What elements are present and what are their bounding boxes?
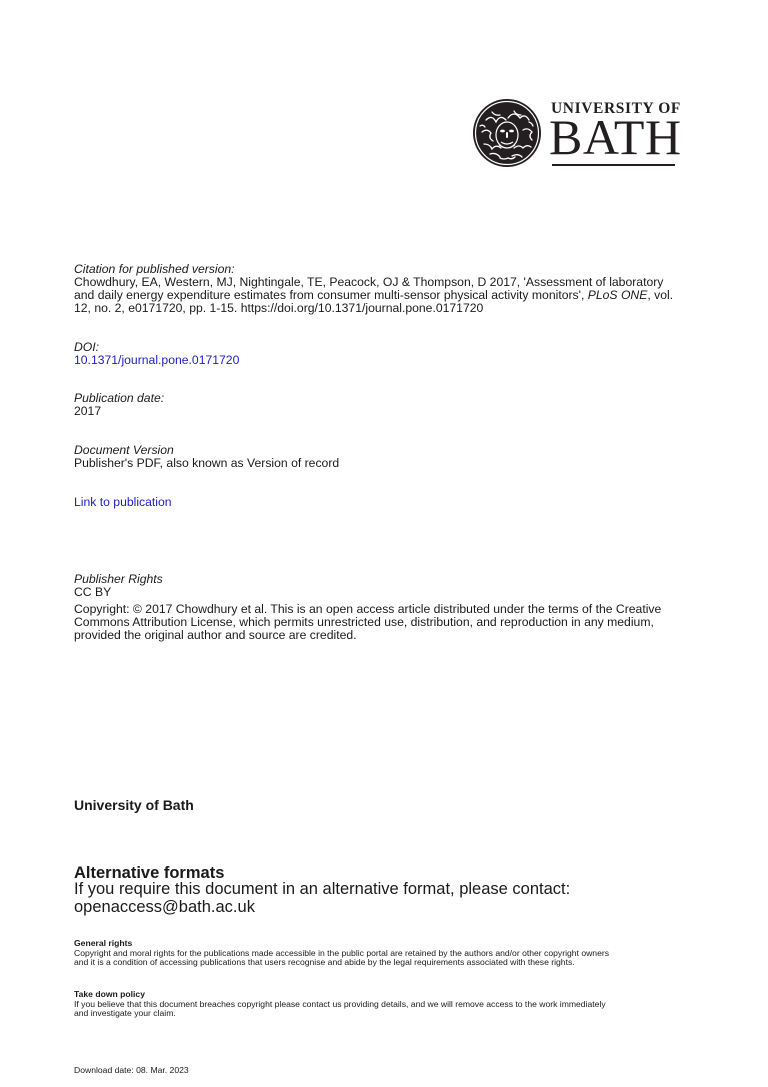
alternative-formats-body: If you require this document in an alter… [74,880,570,916]
citation-line-2-suffix: , vol. [647,288,673,302]
doi-link[interactable]: 10.1371/journal.pone.0171720 [74,354,239,367]
university-logo: UNIVERSITY OF BATH [472,98,677,170]
logo-bath-text: BATH [549,112,682,162]
general-rights-line-2: and it is a condition of accessing publi… [74,958,575,968]
citation-journal: PLoS ONE [588,288,648,302]
document-version-value: Publisher's PDF, also known as Version o… [74,457,339,470]
publisher-rights-value: CC BY [74,586,111,599]
citation-line-2-text: and daily energy expenditure estimates f… [74,288,588,302]
institution-heading: University of Bath [74,797,194,813]
logo-underline [552,164,675,166]
citation-line-3: 12, no. 2, e0171720, pp. 1-15. https://d… [74,302,483,315]
take-down-policy-line-2: and investigate your claim. [74,1009,176,1019]
download-date: Download date: 08. Mar. 2023 [74,1066,189,1076]
copyright-line-3: provided the original author and source … [74,629,357,642]
alternative-formats-line: If you require this document in an alter… [74,880,570,898]
link-to-publication[interactable]: Link to publication [74,496,172,509]
university-seal-icon [472,98,542,168]
publication-date-value: 2017 [74,405,101,418]
alternative-formats-email[interactable]: openaccess@bath.ac.uk [74,898,570,916]
